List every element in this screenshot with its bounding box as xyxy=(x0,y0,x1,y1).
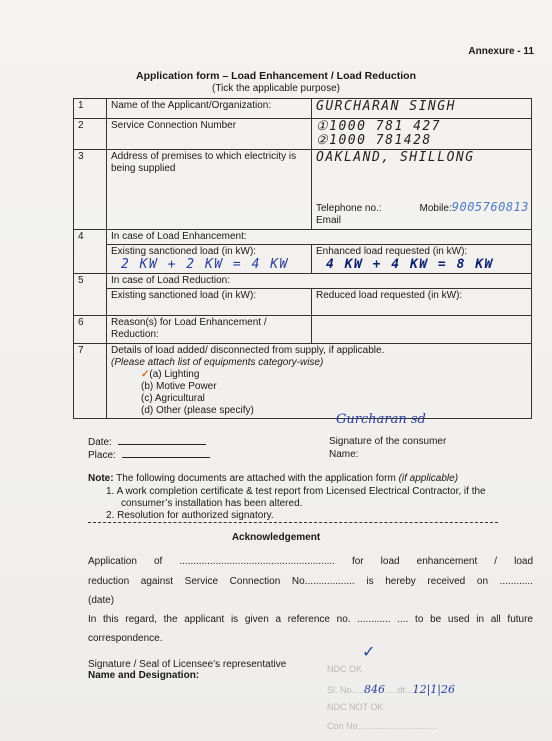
row-reasons: 6 Reason(s) for Load Enhancement / Reduc… xyxy=(74,316,532,344)
mobile-label: Mobile: xyxy=(420,203,452,214)
dashed-divider xyxy=(88,522,498,523)
place-label: Place: xyxy=(88,450,116,461)
section-label: In case of Load Enhancement: xyxy=(107,230,532,245)
place-line xyxy=(122,449,210,458)
option-other[interactable]: (d) Other (please specify) xyxy=(111,405,527,417)
annexure-label: Annexure - 11 xyxy=(468,46,534,57)
mobile-value: 9005760813 xyxy=(452,200,529,214)
section-label: In case of Load Reduction: xyxy=(107,274,532,289)
note-suffix: (if applicable) xyxy=(399,473,458,484)
email-label: Email xyxy=(316,215,341,227)
date-field[interactable]: Date: xyxy=(88,436,206,448)
row-number: 7 xyxy=(74,344,107,419)
field-label: Reason(s) for Load Enhancement / Reducti… xyxy=(107,316,312,344)
row-load-reduction: 5 In case of Load Reduction: xyxy=(74,274,532,289)
address-field[interactable]: OAKLAND, SHILLONG Telephone no.: Email M… xyxy=(312,150,532,230)
service-connection-1: ①1000 781 427 xyxy=(316,120,527,134)
row-number: 3 xyxy=(74,150,107,230)
address-value: OAKLAND, SHILLONG xyxy=(316,151,527,165)
name-designation-label: Name and Designation: xyxy=(88,670,199,681)
row-load-details: 7 Details of load added/ disconnected fr… xyxy=(74,344,532,419)
date-label: Date: xyxy=(88,437,112,448)
form-subtitle: (Tick the applicable purpose) xyxy=(0,83,552,94)
existing-load-field[interactable]: Existing sanctioned load (in kW): 2 KW +… xyxy=(107,245,312,274)
row-load-enhancement: 4 In case of Load Enhancement: xyxy=(74,230,532,245)
load-details-cell: Details of load added/ disconnected from… xyxy=(107,344,532,419)
row-number: 4 xyxy=(74,230,107,274)
row-number: 1 xyxy=(74,99,107,119)
note-item-1: 1. A work completion certificate & test … xyxy=(106,486,486,497)
acknowledgement-title: Acknowledgement xyxy=(0,532,552,543)
service-connection-2: ②1000 781428 xyxy=(316,134,527,148)
row-number: 5 xyxy=(74,274,107,316)
existing-load-reduction-field[interactable]: Existing sanctioned load (in kW): xyxy=(107,289,312,316)
row-service-connection: 2 Service Connection Number ①1000 781 42… xyxy=(74,119,532,150)
place-field[interactable]: Place: xyxy=(88,449,210,461)
reduced-load-field[interactable]: Reduced load requested (in kW): xyxy=(312,289,532,316)
document-page: Annexure - 11 Application form – Load En… xyxy=(0,0,552,741)
field-label: Address of premises to which electricity… xyxy=(107,150,312,230)
checkmark-icon: ✓ xyxy=(362,642,375,662)
date-line xyxy=(118,436,206,445)
option-motive-power[interactable]: (b) Motive Power xyxy=(111,381,527,393)
stamp-serial: Sl. No.....846.....dt...12|1|26 xyxy=(327,683,455,696)
applicant-name-value: GURCHARAN SINGH xyxy=(316,99,456,114)
stamp-sl-value: 846 xyxy=(364,683,385,696)
note-text: Note: The following documents are attach… xyxy=(88,473,458,484)
row-number: 6 xyxy=(74,316,107,344)
enhanced-load-value: 4 KW + 4 KW = 8 KW xyxy=(316,258,527,272)
ack-line-3: (date) xyxy=(88,595,533,606)
consumer-signature: Gurcharan sd xyxy=(336,412,426,427)
row-load-enhancement-values: Existing sanctioned load (in kW): 2 KW +… xyxy=(74,245,532,274)
field-label: Existing sanctioned load (in kW): xyxy=(111,290,307,302)
stamp-con-no: Con No................................ xyxy=(327,721,438,731)
field-label: Name of the Applicant/Organization: xyxy=(107,99,312,119)
licensee-signature-label: Signature / Seal of Licensee’s represent… xyxy=(88,659,286,670)
stamp-sl-label: Sl. No. xyxy=(327,685,354,695)
field-label: Details of load added/ disconnected from… xyxy=(111,345,527,357)
ack-line-4: In this regard, the applicant is given a… xyxy=(88,614,533,625)
row-address: 3 Address of premises to which electrici… xyxy=(74,150,532,230)
row-load-reduction-values: Existing sanctioned load (in kW): Reduce… xyxy=(74,289,532,316)
name-label: Name: xyxy=(329,449,358,460)
option-lighting[interactable]: ✓(a) Lighting xyxy=(111,369,527,381)
signature-consumer-label: Signature of the consumer xyxy=(329,436,446,447)
ack-line-5: correspondence. xyxy=(88,633,533,644)
stamp-line-1: NDC OK xyxy=(327,664,362,674)
stamp-line-3: NDC NOT OK xyxy=(327,702,383,712)
stamp-con-label: Con No. xyxy=(327,721,360,731)
telephone-label: Telephone no.: xyxy=(316,203,382,215)
stamp-dt-label: dt. xyxy=(398,685,408,695)
note-item-1-cont: consumer’s installation has been altered… xyxy=(121,498,302,509)
option-agricultural[interactable]: (c) Agricultural xyxy=(111,393,527,405)
reasons-field[interactable] xyxy=(312,316,532,344)
ack-line-2: reduction against Service Connection No.… xyxy=(88,576,533,587)
row-applicant-name: 1 Name of the Applicant/Organization: GU… xyxy=(74,99,532,119)
note-item-2: 2. Resolution for authorized signatory. xyxy=(106,510,274,521)
application-form-table: 1 Name of the Applicant/Organization: GU… xyxy=(73,98,532,419)
option-label: (a) Lighting xyxy=(149,369,199,380)
stamp-dt-value: 12|1|26 xyxy=(413,683,455,696)
note-prefix: Note: xyxy=(88,473,114,484)
applicant-name-field[interactable]: GURCHARAN SINGH xyxy=(312,99,532,119)
enhanced-load-field[interactable]: Enhanced load requested (in kW): 4 KW + … xyxy=(312,245,532,274)
note-body: The following documents are attached wit… xyxy=(116,473,396,484)
field-label: Reduced load requested (in kW): xyxy=(316,290,527,302)
field-label: Service Connection Number xyxy=(107,119,312,150)
row-number: 2 xyxy=(74,119,107,150)
form-title: Application form – Load Enhancement / Lo… xyxy=(0,70,552,82)
existing-load-value: 2 KW + 2 KW = 4 KW xyxy=(111,258,307,272)
service-connection-field[interactable]: ①1000 781 427 ②1000 781428 xyxy=(312,119,532,150)
field-note: (Please attach list of equipments catego… xyxy=(111,357,527,369)
ack-line-1: Application of .........................… xyxy=(88,556,533,567)
